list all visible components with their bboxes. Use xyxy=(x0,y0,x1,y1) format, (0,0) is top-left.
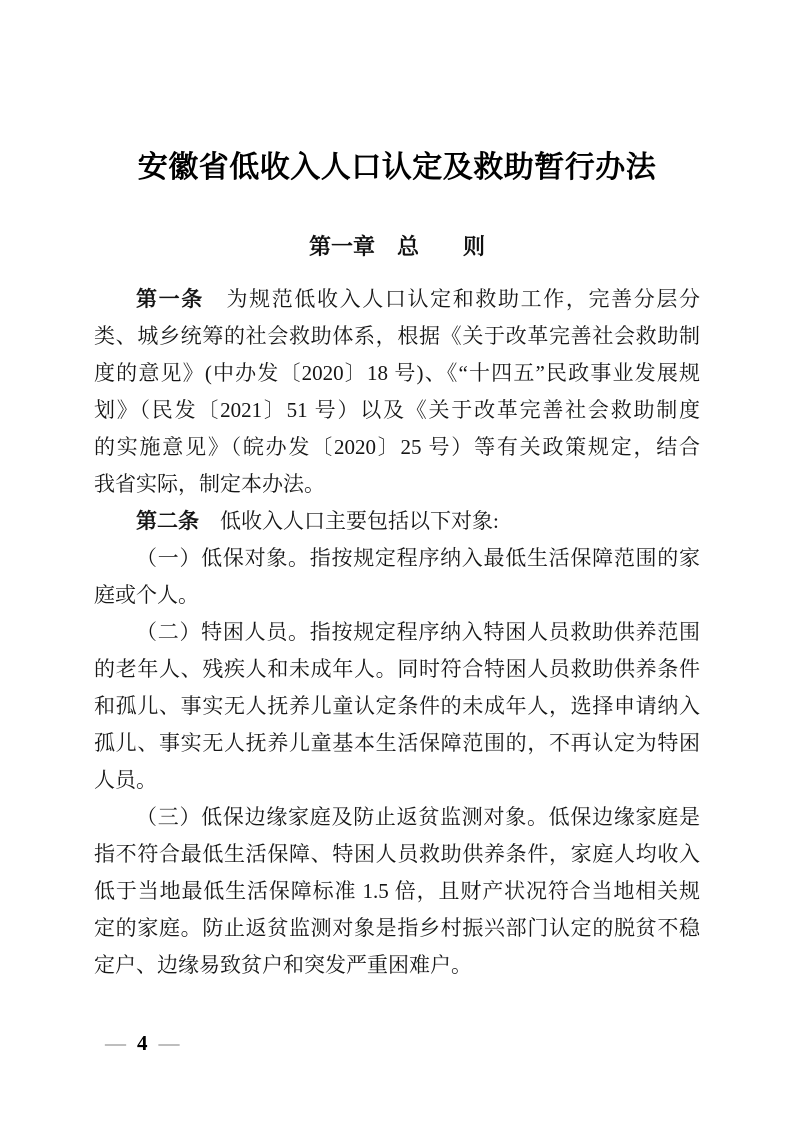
paragraph: （一）低保对象。指按规定程序纳入最低生活保障范围的家庭或个人。 xyxy=(94,540,700,614)
article-text: 为规范低收入人口认定和救助工作，完善分层分 xyxy=(204,287,700,311)
paragraph: 第一条 为规范低收入人口认定和救助工作，完善分层分类、城乡统筹的社会救助体系，根… xyxy=(94,281,700,503)
text-line: 第一条 为规范低收入人口认定和救助工作，完善分层分 xyxy=(94,281,700,318)
document-title: 安徽省低收入人口认定及救助暂行办法 xyxy=(94,148,700,188)
text-line: 指不符合最低生活保障、特困人员救助供养条件，家庭人均收入 xyxy=(94,836,700,873)
article-number: 第一条 xyxy=(136,287,204,311)
page-footer: —4— xyxy=(105,1031,180,1055)
article-number: 第二条 xyxy=(136,509,199,533)
text-line: 第二条 低收入人口主要包括以下对象: xyxy=(94,503,700,540)
chapter-heading: 第一章 总 则 xyxy=(94,232,700,262)
footer-page-number: 4 xyxy=(137,1031,148,1055)
text-line: 的实施意见》（皖办发〔2020〕25 号）等有关政策规定，结合 xyxy=(94,429,700,466)
paragraph: （三）低保边缘家庭及防止返贫监测对象。低保边缘家庭是指不符合最低生活保障、特困人… xyxy=(94,799,700,984)
text-line: 划》（民发〔2021〕51 号）以及《关于改革完善社会救助制度 xyxy=(94,392,700,429)
text-line: 和孤儿、事实无人抚养儿童认定条件的未成年人，选择申请纳入 xyxy=(94,688,700,725)
footer-right-dash: — xyxy=(159,1031,180,1055)
text-line: 低于当地最低生活保障标准 1.5 倍，且财产状况符合当地相关规 xyxy=(94,873,700,910)
text-line: 度的意见》(中办发〔2020〕18 号)、《“十四五”民政事业发展规 xyxy=(94,355,700,392)
text-line: 我省实际，制定本办法。 xyxy=(94,466,700,503)
text-line: （二）特困人员。指按规定程序纳入特困人员救助供养范围 xyxy=(94,614,700,651)
text-line: 类、城乡统筹的社会救助体系，根据《关于改革完善社会救助制 xyxy=(94,318,700,355)
paragraph: （二）特困人员。指按规定程序纳入特困人员救助供养范围的老年人、残疾人和未成年人。… xyxy=(94,614,700,799)
document-body: 第一条 为规范低收入人口认定和救助工作，完善分层分类、城乡统筹的社会救助体系，根… xyxy=(94,281,700,984)
text-line: 庭或个人。 xyxy=(94,577,700,614)
text-line: 定户、边缘易致贫户和突发严重困难户。 xyxy=(94,947,700,984)
text-line: （一）低保对象。指按规定程序纳入最低生活保障范围的家 xyxy=(94,540,700,577)
document-content: 安徽省低收入人口认定及救助暂行办法 第一章 总 则 第一条 为规范低收入人口认定… xyxy=(94,0,700,984)
text-line: 人员。 xyxy=(94,762,700,799)
text-line: 的老年人、残疾人和未成年人。同时符合特困人员救助供养条件 xyxy=(94,651,700,688)
document-page: 安徽省低收入人口认定及救助暂行办法 第一章 总 则 第一条 为规范低收入人口认定… xyxy=(0,0,793,1122)
paragraph: 第二条 低收入人口主要包括以下对象: xyxy=(94,503,700,540)
footer-left-dash: — xyxy=(105,1031,126,1055)
text-line: （三）低保边缘家庭及防止返贫监测对象。低保边缘家庭是 xyxy=(94,799,700,836)
article-text: 低收入人口主要包括以下对象: xyxy=(199,509,499,533)
text-line: 孤儿、事实无人抚养儿童基本生活保障范围的，不再认定为特困 xyxy=(94,725,700,762)
text-line: 定的家庭。防止返贫监测对象是指乡村振兴部门认定的脱贫不稳 xyxy=(94,910,700,947)
